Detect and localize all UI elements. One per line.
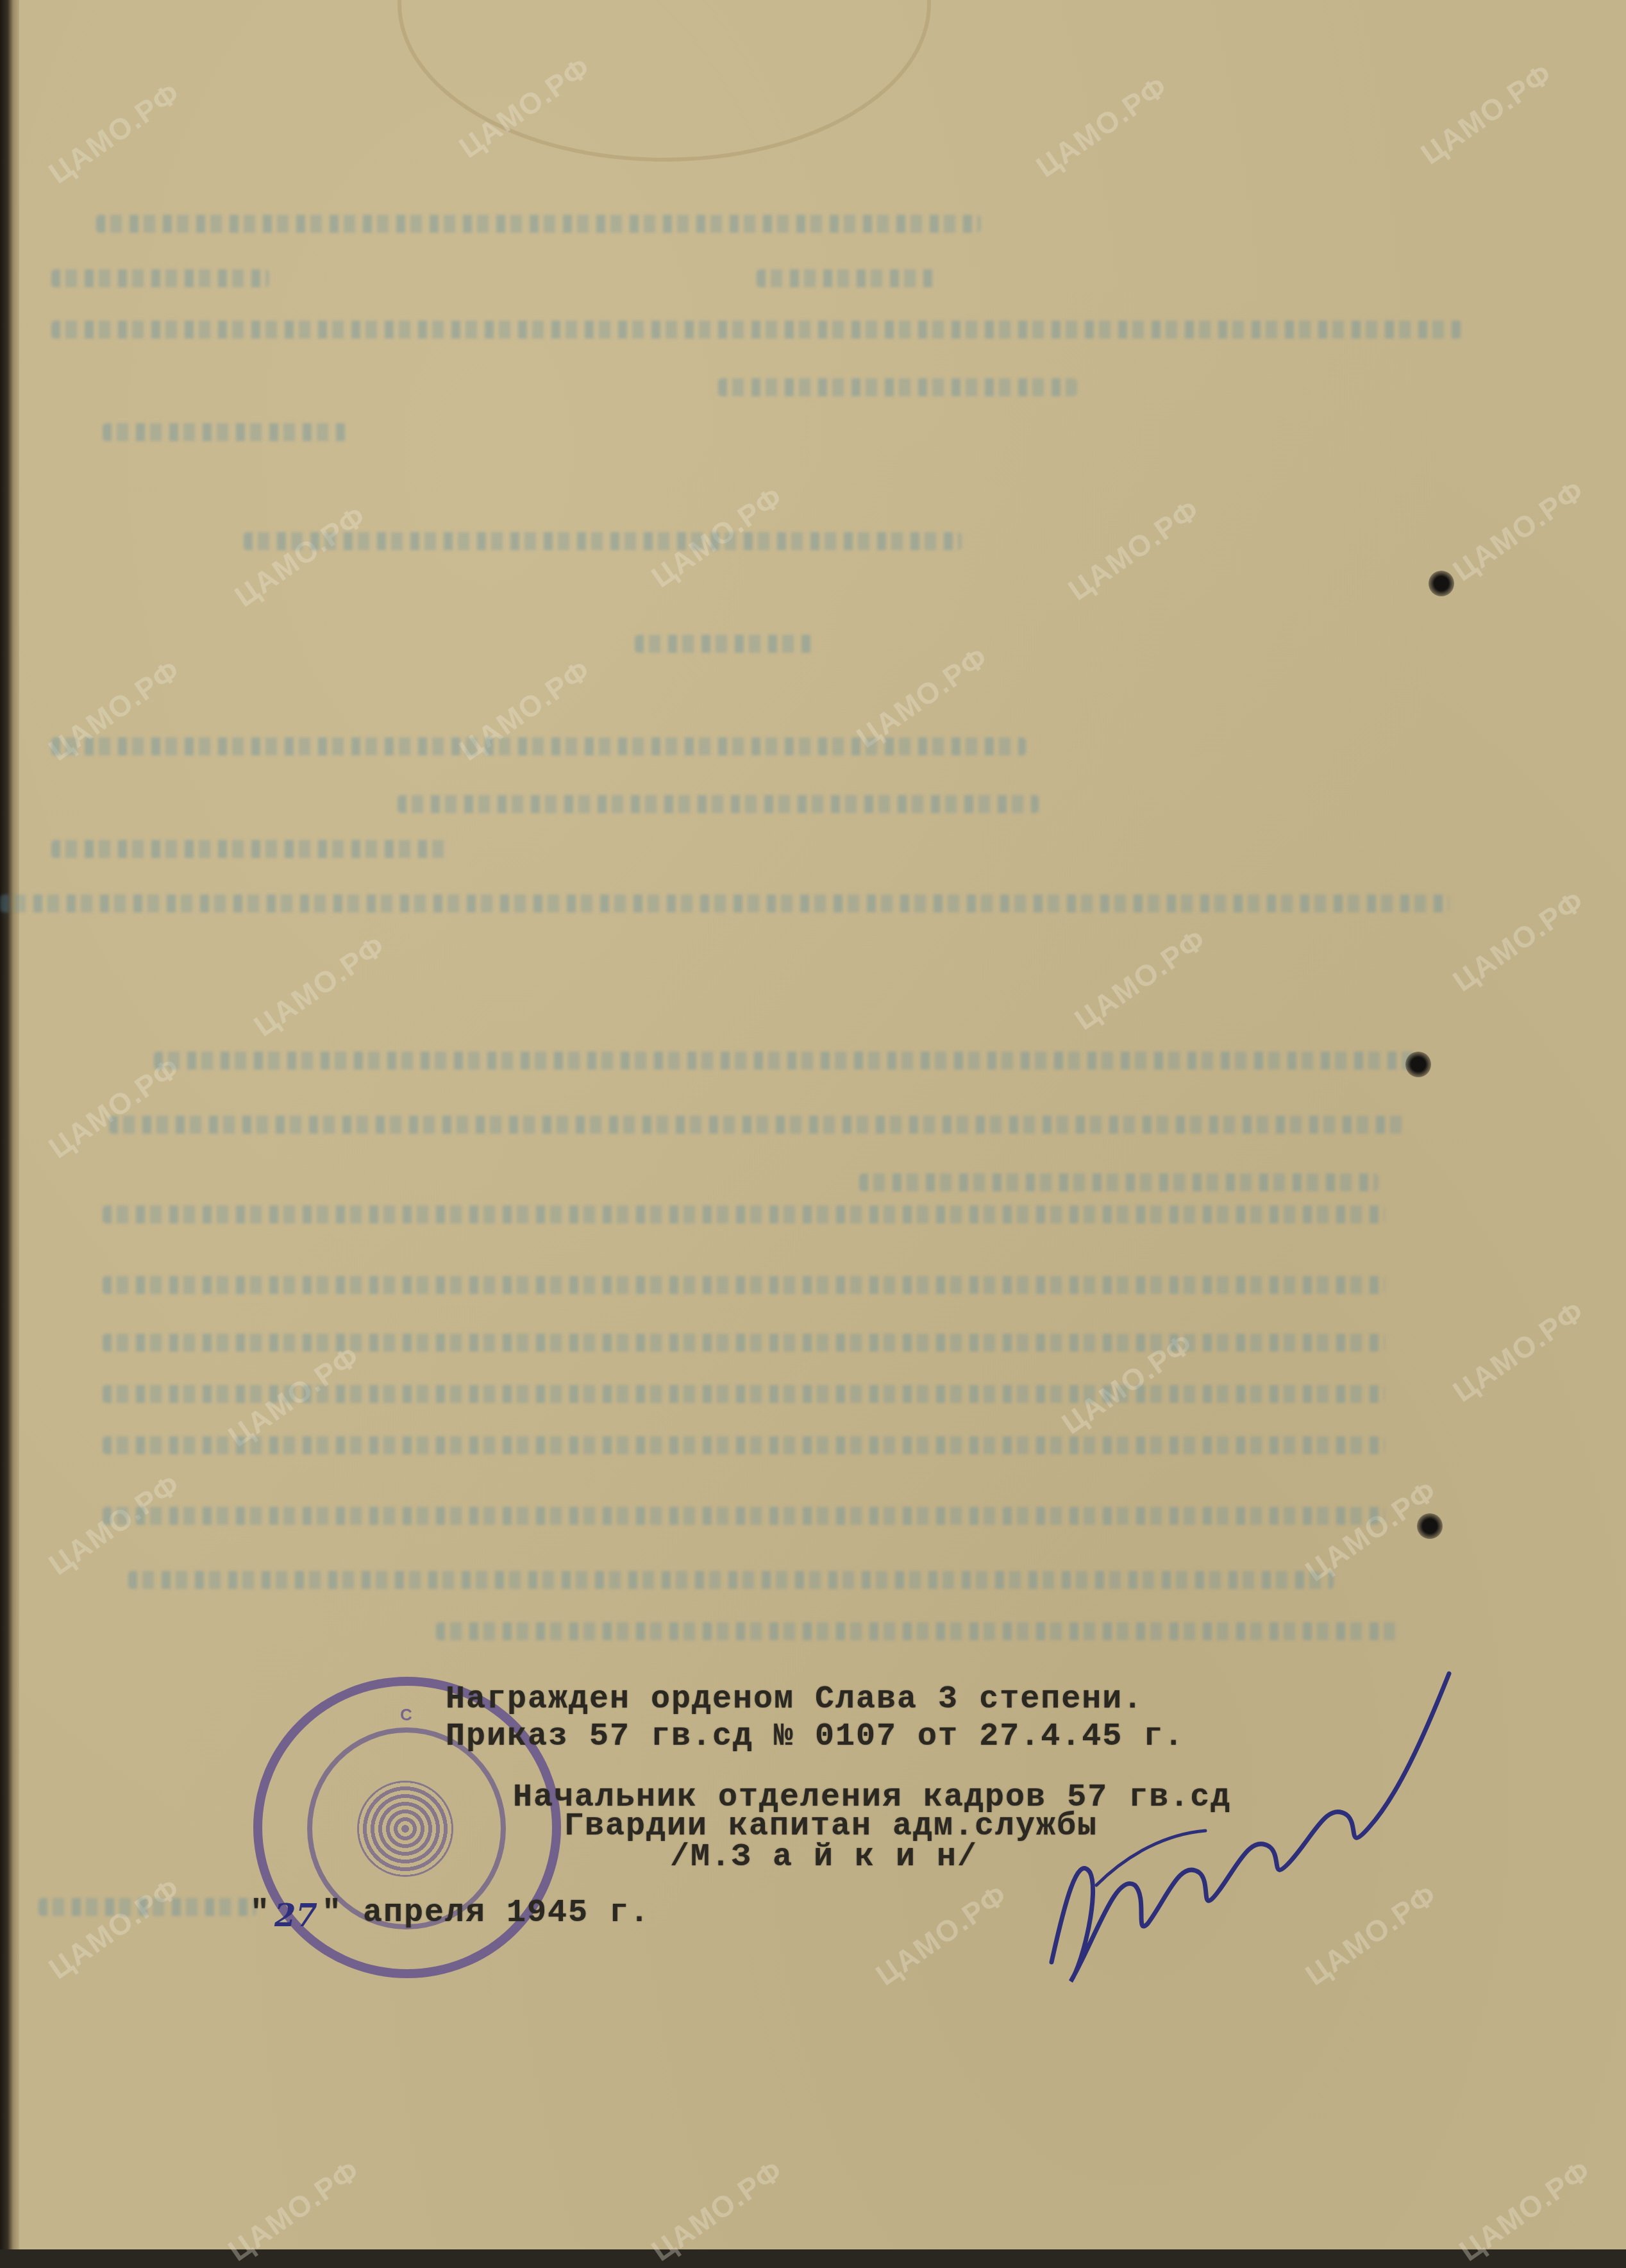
watermark: ЦАМО.РФ xyxy=(869,1877,1014,1992)
faded-text-line xyxy=(436,1622,1398,1640)
watermark: ЦАМО.РФ xyxy=(42,1870,187,1986)
document-page: ЦАМО.РФ ЦАМО.РФ ЦАМО.РФ ЦАМО.РФ ЦАМО.РФ … xyxy=(0,0,1626,2249)
faded-text-line xyxy=(103,1385,1385,1403)
faded-text-line xyxy=(859,1173,1379,1191)
watermark: ЦАМО.РФ xyxy=(247,928,392,1043)
faded-text-line xyxy=(718,378,1077,396)
faded-text-line xyxy=(103,1334,1385,1352)
date-suffix: " апреля 1945 г. xyxy=(322,1895,650,1931)
watermark: ЦАМО.РФ xyxy=(1446,473,1591,588)
watermark: ЦАМО.РФ xyxy=(645,2153,789,2249)
faded-text-line xyxy=(51,321,1462,339)
signer-name: /М.З а й к и н/ xyxy=(670,1839,978,1876)
date-day-handwritten: 27 xyxy=(274,1898,317,1934)
faded-text-line xyxy=(128,1571,1334,1589)
faded-text-line xyxy=(244,532,962,550)
faded-text-line xyxy=(398,795,1039,813)
faded-text-line xyxy=(103,1507,1385,1525)
faded-text-line xyxy=(0,895,1449,912)
watermark: ЦАМО.РФ xyxy=(222,2153,366,2249)
faded-text-line xyxy=(154,1052,1417,1070)
faded-text-line xyxy=(103,1276,1385,1294)
faded-text-line xyxy=(635,635,814,653)
watermark: ЦАМО.РФ xyxy=(228,498,373,614)
signature-icon xyxy=(1039,1661,1462,1994)
watermark: ЦАМО.РФ xyxy=(1062,492,1206,607)
faded-text-line xyxy=(103,1436,1385,1454)
watermark: ЦАМО.РФ xyxy=(1453,2153,1597,2249)
watermark: ЦАМО.РФ xyxy=(1446,883,1591,998)
watermark: ЦАМО.РФ xyxy=(42,75,187,190)
stamp-text: С xyxy=(400,1705,412,1725)
watermark: ЦАМО.РФ xyxy=(1414,56,1559,171)
watermark: ЦАМО.РФ xyxy=(1030,69,1174,184)
faded-text-line xyxy=(103,1205,1385,1223)
faded-text-line xyxy=(38,1898,256,1916)
torn-left-edge xyxy=(0,0,19,2249)
punch-hole xyxy=(1429,571,1454,596)
faded-text-line xyxy=(757,269,936,287)
faded-text-line xyxy=(51,737,1026,755)
faded-text-line xyxy=(51,269,269,287)
faded-text-line xyxy=(96,215,981,233)
watermark: ЦАМО.РФ xyxy=(1446,1293,1591,1409)
watermark: ЦАМО.РФ xyxy=(1068,921,1212,1037)
punch-hole xyxy=(1405,1052,1431,1077)
state-emblem-icon xyxy=(357,1781,453,1877)
faded-text-line xyxy=(51,840,449,858)
faded-text-line xyxy=(103,423,346,441)
punch-hole xyxy=(1417,1513,1443,1539)
faded-text-line xyxy=(109,1116,1404,1134)
date-prefix: " xyxy=(250,1895,271,1931)
